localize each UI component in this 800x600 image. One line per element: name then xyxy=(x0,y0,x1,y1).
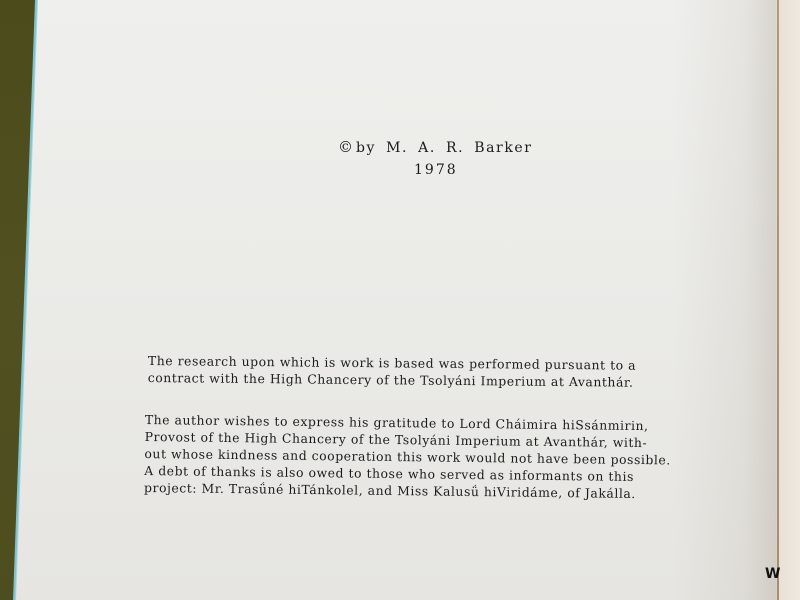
photo-scene: ©by M. A. R. Barker 1978 The research up… xyxy=(0,0,800,600)
book-page xyxy=(0,0,800,600)
copyright-icon: © xyxy=(338,138,353,156)
copyright-line: ©by M. A. R. Barker xyxy=(338,138,533,156)
facing-page-strip xyxy=(779,0,800,600)
watermark-logo: W xyxy=(765,566,780,582)
copyright-author: by M. A. R. Barker xyxy=(356,140,533,156)
copyright-year: 1978 xyxy=(414,162,458,178)
acknowledgements-paragraph: The author wishes to express his gratitu… xyxy=(144,411,671,502)
research-paragraph: The research upon which is work is based… xyxy=(148,352,636,391)
